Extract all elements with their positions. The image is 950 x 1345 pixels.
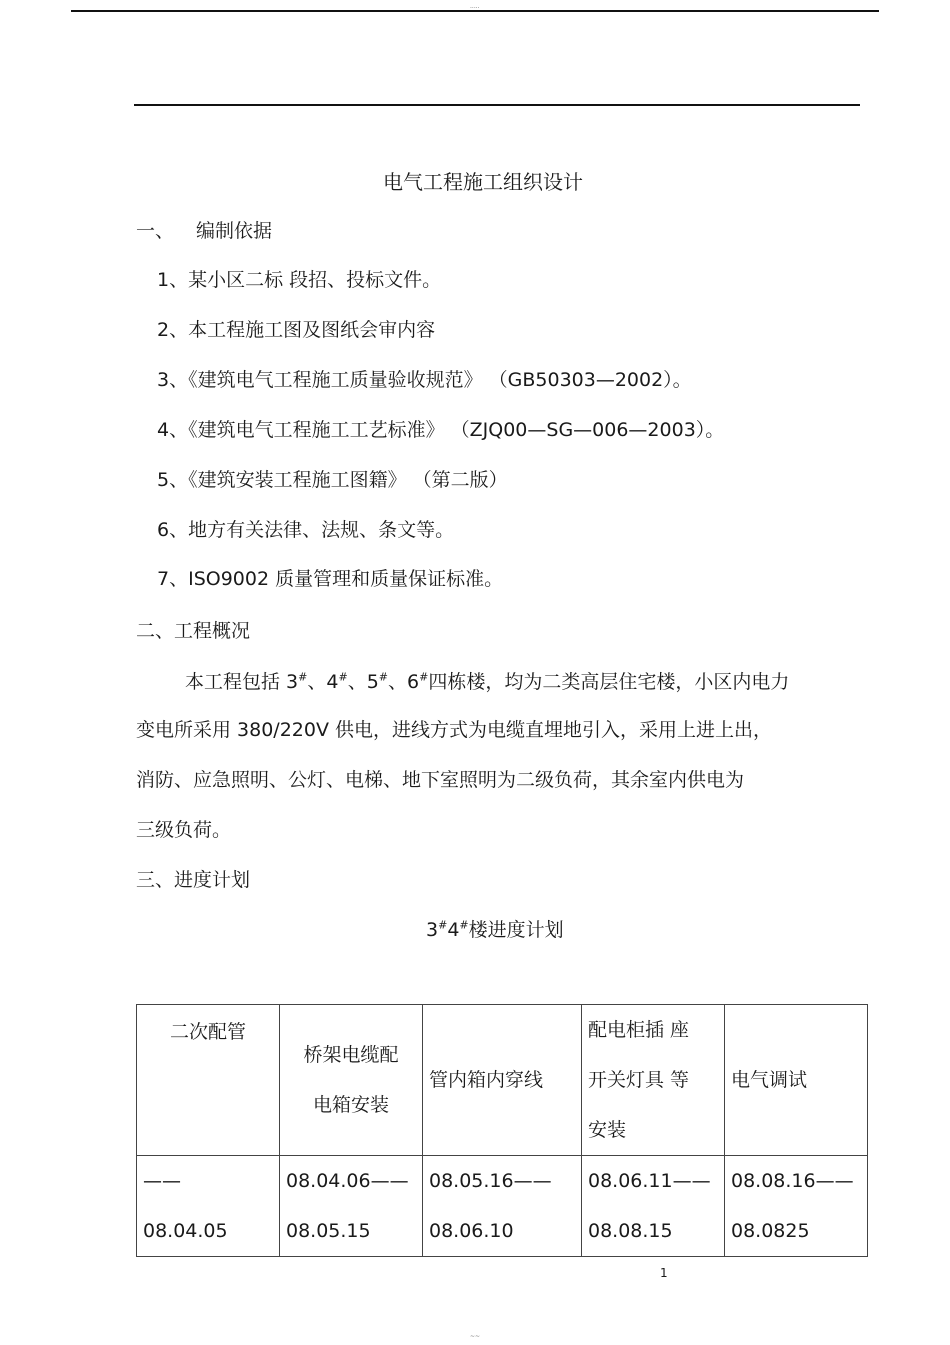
sup-mark: # (459, 919, 468, 932)
separator: 、 (307, 671, 326, 693)
header-text: 管内箱内穿线 (429, 1055, 575, 1105)
document-title: 电气工程施工组织设计 (0, 170, 950, 194)
section1-number: 一、 (136, 220, 174, 242)
header-cell: 电气调试 (725, 1005, 868, 1156)
basis-item-7: 7、ISO9002 质量管理和质量保证标准。 (157, 567, 503, 591)
header-text: 二次配管 (143, 1007, 273, 1057)
cell-text: 08.04.05 (143, 1206, 273, 1256)
cell-text: 08.06.10 (429, 1206, 575, 1256)
building-6: 6 (407, 671, 419, 693)
basis-item-4: 4、《建筑电气工程施工工艺标准》 （ZJQ00—SG—006—2003）。 (157, 418, 724, 442)
footer-marker: ~~ (470, 1333, 480, 1340)
sup-mark: # (338, 671, 347, 684)
table-cell: 08.06.11—— 08.08.15 (582, 1156, 725, 1257)
sup-mark: # (419, 671, 428, 684)
separator: 、 (348, 671, 367, 693)
cell-text: 08.08.16—— (731, 1156, 861, 1206)
cell-text: 08.04.06—— (286, 1156, 416, 1206)
table-cell: 08.08.16—— 08.0825 (725, 1156, 868, 1257)
cell-text: —— (143, 1156, 273, 1206)
header-text: 电箱安装 (286, 1080, 416, 1130)
table-header-row: 二次配管 桥架电缆配 电箱安装 管内箱内穿线 配电柜插 座 开关灯具 等 安装 … (137, 1005, 868, 1156)
sup-mark: # (379, 671, 388, 684)
header-cell: 桥架电缆配 电箱安装 (280, 1005, 423, 1156)
basis-item-2: 2、本工程施工图及图纸会审内容 (157, 318, 435, 342)
header-marker: ..... (470, 3, 480, 10)
building-3: 3 (286, 671, 298, 693)
table-cell: 08.05.16—— 08.06.10 (423, 1156, 582, 1257)
sup-mark: # (438, 919, 447, 932)
cell-text: 08.05.16—— (429, 1156, 575, 1206)
section2-heading: 二、工程概况 (136, 619, 250, 643)
header-text: 桥架电缆配 (286, 1030, 416, 1080)
basis-item-6: 6、地方有关法律、法规、条文等。 (157, 518, 454, 542)
basis-item-3: 3、《建筑电气工程施工质量验收规范》 （GB50303—2002）。 (157, 368, 692, 392)
table-cell: —— 08.04.05 (137, 1156, 280, 1257)
table-row: —— 08.04.05 08.04.06—— 08.05.15 08.05.16… (137, 1156, 868, 1257)
cell-text: 08.05.15 (286, 1206, 416, 1256)
section1-heading: 一、编制依据 (136, 219, 272, 243)
table-title-b2: 4 (447, 919, 459, 941)
building-4: 4 (326, 671, 338, 693)
table-cell: 08.04.06—— 08.05.15 (280, 1156, 423, 1257)
section3-heading: 三、进度计划 (136, 868, 250, 892)
separator: 、 (388, 671, 407, 693)
header-cell: 二次配管 (137, 1005, 280, 1156)
cell-text: 08.06.11—— (588, 1156, 718, 1206)
overview-line-4: 三级负荷。 (136, 818, 231, 842)
table-title: 3#4#楼进度计划 (426, 918, 564, 942)
overview-line1-rest: 四栋楼，均为二类高层住宅楼，小区内电力 (428, 671, 789, 693)
section1-title: 编制依据 (196, 220, 272, 242)
overview-line-2: 变电所采用 380/220V 供电，进线方式为电缆直埋地引入，采用上进上出， (136, 718, 772, 742)
header-text: 安装 (588, 1105, 718, 1155)
title-rule (134, 104, 860, 106)
header-text: 电气调试 (731, 1055, 861, 1105)
building-5: 5 (367, 671, 379, 693)
overview-line-3: 消防、应急照明、公灯、电梯、地下室照明为二级负荷，其余室内供电为 (136, 768, 744, 792)
sup-mark: # (298, 671, 307, 684)
page-number: 1 (660, 1266, 668, 1280)
header-text: 开关灯具 等 (588, 1055, 718, 1105)
basis-item-5: 5、《建筑安装工程施工图籍》 （第二版） (157, 468, 508, 492)
cell-text: 08.08.15 (588, 1206, 718, 1256)
table-title-rest: 楼进度计划 (469, 919, 564, 941)
basis-item-1: 1、某小区二标 段招、投标文件。 (157, 268, 441, 292)
header-rule (71, 10, 879, 12)
schedule-table: 二次配管 桥架电缆配 电箱安装 管内箱内穿线 配电柜插 座 开关灯具 等 安装 … (136, 1004, 868, 1257)
header-cell: 配电柜插 座 开关灯具 等 安装 (582, 1005, 725, 1156)
overview-prefix: 本工程包括 (185, 671, 286, 693)
header-text: 配电柜插 座 (588, 1005, 718, 1055)
cell-text: 08.0825 (731, 1206, 861, 1256)
table-title-b1: 3 (426, 919, 438, 941)
header-cell: 管内箱内穿线 (423, 1005, 582, 1156)
overview-line-1: 本工程包括 3#、4#、5#、6#四栋楼，均为二类高层住宅楼，小区内电力 (185, 670, 789, 694)
